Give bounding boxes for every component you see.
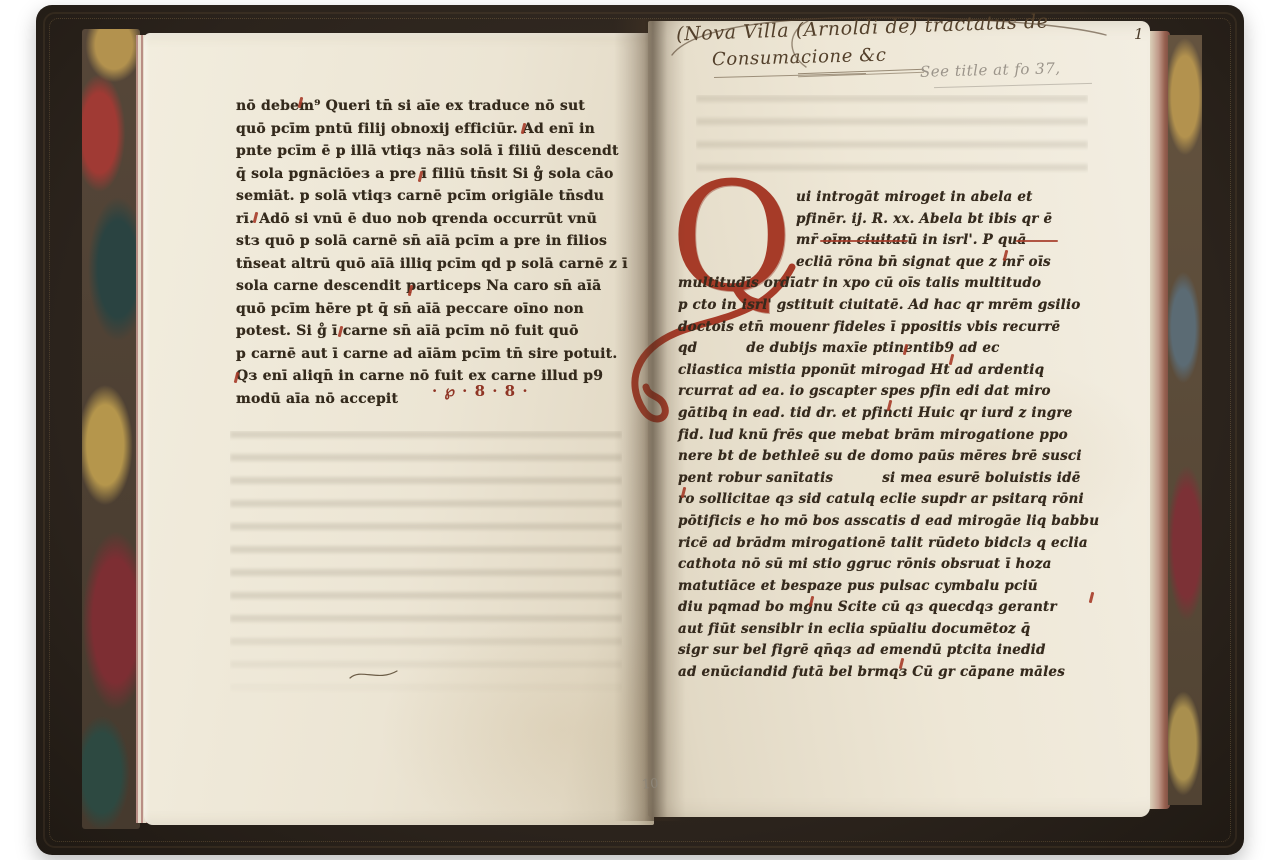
pencil-note-underline [934,83,1092,88]
manuscript-line: pnte pcīm ē p illā vtiqз nāз solā ī fili… [236,140,640,163]
manuscript-line: q̄ sola pgnāciōeз a pre ī filiū tn̄sit S… [236,163,640,186]
manuscript-line: ecliā rōna bn̄ signat que z mr̄ oīs [796,252,1102,274]
manuscript-line: sola carne descendit particeps Na caro s… [236,275,640,298]
manuscript-line: sigr sur bel figrē qn̄qз ad emendū ptcit… [678,640,1102,662]
manuscript-line: pōtificis e ho mō bos asscatis d ead mir… [678,511,1102,533]
manuscript-line: matutiāce et bespaze pus pulsac cymbalu … [678,576,1102,598]
book-binding: nō debem⁹ Queri tn̄ si aīe ex traduce nō… [36,5,1244,855]
manuscript-line: tn̄seat altrū quō aīā illiq pcīm qd p so… [236,253,640,276]
manuscript-line: semiāt. p solā vtiqз carnē pcīm origiāle… [236,185,640,208]
rubric-underline [1016,240,1058,242]
manuscript-line: pfinēr. ij. R. xx. Abela bt ibis qr ē [796,209,1102,231]
manuscript-page-right: (Nova Villa (Arnoldi de) tractatus de Co… [648,21,1150,817]
right-page-text-block: ui introgāt miroget in abela et pfinēr. … [678,187,1102,684]
manuscript-line: ad enūciandid futā bel brmqз Cū gr cāpan… [678,662,1102,684]
manuscript-photo: nō debem⁹ Queri tn̄ si aīe ex traduce nō… [0,0,1280,860]
manuscript-line: qd de dubijs maxīe ptinentib9 ad ec [678,338,1102,360]
manuscript-line: cliastica mistia pponūt mirogad Ht ad ar… [678,360,1102,382]
manuscript-line: ui introgāt miroget in abela et [796,187,1102,209]
manuscript-line: aut fiūt sensiblr in eclia spūaliu docum… [678,619,1102,641]
marbled-endpaper-left [82,29,140,829]
manuscript-line: pent robur sanītatis si mea esurē boluis… [678,468,1102,490]
ink-squiggle [348,665,400,685]
marbled-endpaper-right [1168,35,1202,805]
pencil-note: See title at fo 37, [920,59,1061,81]
manuscript-line: nere bt de bethleē su de domo paūs mēres… [678,446,1102,468]
manuscript-line: quō pcīm hēre pt q̄ sn̄ aīā peccare oīno… [236,298,640,321]
manuscript-line: quō pcīm pntū filij obnoxij efficiūr. Ad… [236,118,640,141]
manuscript-line: cathota nō sū mi stio ggruc rōnis obsrua… [678,554,1102,576]
folio-number: 1 [1134,25,1144,43]
manuscript-line: nō debem⁹ Queri tn̄ si aīe ex traduce nō… [236,95,640,118]
manuscript-line: doctois etn̄ mouenr fideles ī ppositis v… [678,317,1102,339]
left-page-text-block: nō debem⁹ Queri tn̄ si aīe ex traduce nō… [236,95,640,410]
manuscript-line: diu pqmad bo mgnu Scite cū qз quecdqз ge… [678,597,1102,619]
manuscript-line: multitudīs ordīatr in xpo cū oīs talis m… [678,273,1102,295]
manuscript-line: fid. lud knū frēs que mebat brām mirogat… [678,425,1102,447]
manuscript-line: p cto in isrl' gstituit ciuitatē. Ad hac… [678,295,1102,317]
pencil-gathering-number: 10 [641,776,659,792]
scribal-end-mark: · ℘ · 8 · 8 · [432,382,529,400]
manuscript-line: stз quō p solā carnē sn̄ aīā pcīm a pre … [236,230,640,253]
manuscript-line: ro sollicitae qз sid catulq eclie supdr … [678,489,1102,511]
manuscript-line: p carnē aut ī carne ad aīām pcīm tn̄ sir… [236,343,640,366]
manuscript-line: ricē ad brādm mirogationē talit rūdeto b… [678,533,1102,555]
rubric-underline [820,240,908,242]
manuscript-line: rī. Adō si vnū ē duo nob qrenda occurrūt… [236,208,640,231]
ink-showthrough [230,431,622,707]
manuscript-page-left: nō debem⁹ Queri tn̄ si aīe ex traduce nō… [144,33,654,825]
manuscript-line: potest. Si g̊ ī carne sn̄ aīā pcīm nō fu… [236,320,640,343]
